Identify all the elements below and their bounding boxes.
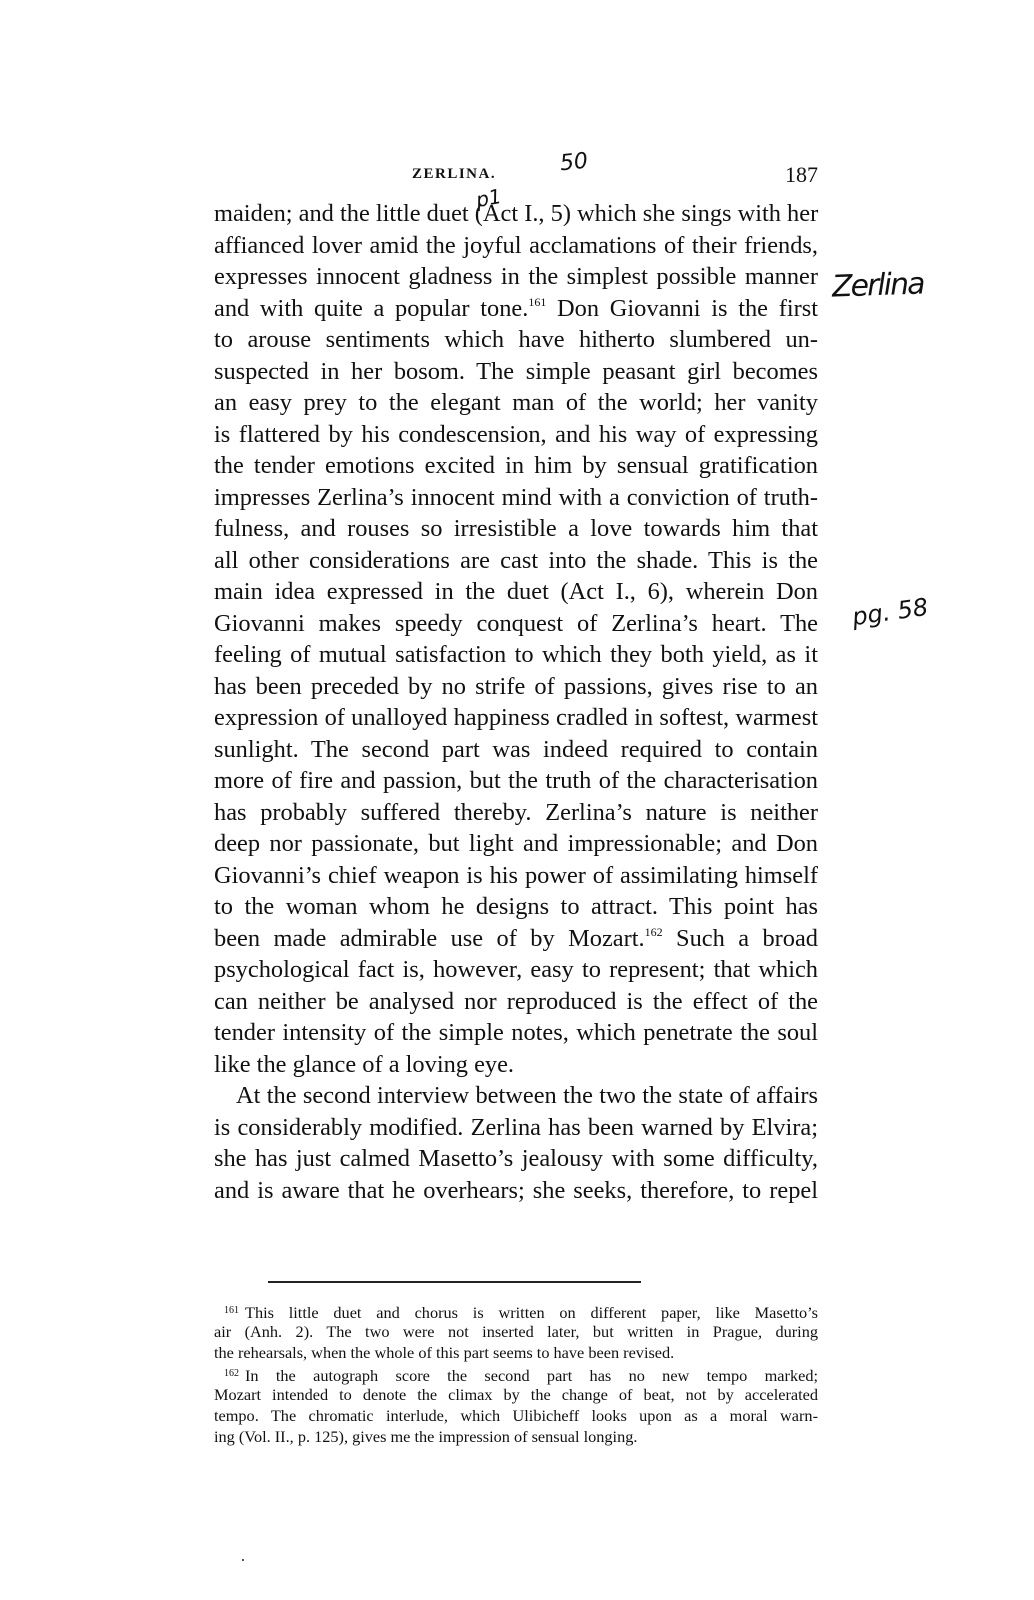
text-line: the tender emotions excited in him by se… [214,450,818,482]
text-line: and with quite a popular tone.161 Don Gi… [214,293,818,325]
body-text: maiden; and the little duet (Act I., 5) … [214,198,818,1206]
text-line: Giovanni’s chief weapon is his power of … [214,860,818,892]
text-line: been made admirable use of by Mozart.162… [214,923,818,955]
footnote-161-line: air (Anh. 2). The two were not inserted … [214,1321,818,1342]
text-line: is considerably modified. Zerlina has be… [214,1112,818,1144]
footnote-161-line: 161This little duet and chorus is writte… [214,1300,818,1321]
footnote-162-line: Mozart intended to denote the climax by … [214,1384,818,1405]
text-line: more of fire and passion, but the truth … [214,765,818,797]
book-page: ZERLINA. 187 50 p1 Zerlina pg. 58 maiden… [0,0,1034,1600]
text-line: Giovanni makes speedy conquest of Zerlin… [214,608,818,640]
text-line: is flattered by his condescension, and h… [214,419,818,451]
text-line: has probably suffered thereby. Zerlina’s… [214,797,818,829]
footnote-ref-161[interactable]: 161 [528,295,546,309]
footnote-divider [268,1281,641,1283]
footnote-161-line: the rehearsals, when the whole of this p… [214,1342,818,1363]
text-line: to the woman whom he designs to attract.… [214,891,818,923]
text-line: sunlight. The second part was indeed req… [214,734,818,766]
footnote-162-line: 162In the autograph score the second par… [214,1363,818,1384]
footnote-number-162: 162 [224,1368,239,1379]
text-line: feeling of mutual satisfaction to which … [214,639,818,671]
footnotes: 161This little duet and chorus is writte… [214,1300,818,1447]
paragraph-start-line: At the second interview between the two … [214,1080,818,1112]
text-line: an easy prey to the elegant man of the w… [214,387,818,419]
text-line: affianced lover amid the joyful acclamat… [214,230,818,262]
text-line: fulness, and rouses so irresistible a lo… [214,513,818,545]
text-line: all other considerations are cast into t… [214,545,818,577]
footnote-ref-162[interactable]: 162 [645,925,663,939]
text-line: has been preceded by no strife of passio… [214,671,818,703]
text-line: and is aware that he overhears; she seek… [214,1175,818,1207]
text-line: expresses innocent gladness in the simpl… [214,261,818,293]
running-head: ZERLINA. 187 [214,162,818,192]
text-line: expression of unalloyed happiness cradle… [214,702,818,734]
running-title: ZERLINA. [412,166,496,183]
handwritten-annotation-50: 50 [559,149,589,177]
footnote-162-line: ing (Vol. II., p. 125), gives me the imp… [214,1426,818,1447]
scan-speck [242,1559,244,1561]
text-line: tender intensity of the simple notes, wh… [214,1017,818,1049]
text-line: deep nor passionate, but light and impre… [214,828,818,860]
page-number: 187 [785,162,818,188]
text-line: she has just calmed Masetto’s jealousy w… [214,1143,818,1175]
footnote-number-161: 161 [224,1305,239,1316]
text-line: like the glance of a loving eye. [214,1049,818,1081]
text-line: to arouse sentiments which have hitherto… [214,324,818,356]
footnote-162-line: tempo. The chromatic interlude, which Ul… [214,1405,818,1426]
text-line: suspected in her bosom. The simple peasa… [214,356,818,388]
text-line: maiden; and the little duet (Act I., 5) … [214,198,818,230]
handwritten-margin-note-page-ref: pg. 58 [850,593,929,631]
text-line: main idea expressed in the duet (Act I.,… [214,576,818,608]
text-line: impresses Zerlina’s innocent mind with a… [214,482,818,514]
handwritten-margin-note-zerlina: Zerlina [831,266,924,304]
text-line: can neither be analysed nor reproduced i… [214,986,818,1018]
text-line: psychological fact is, however, easy to … [214,954,818,986]
